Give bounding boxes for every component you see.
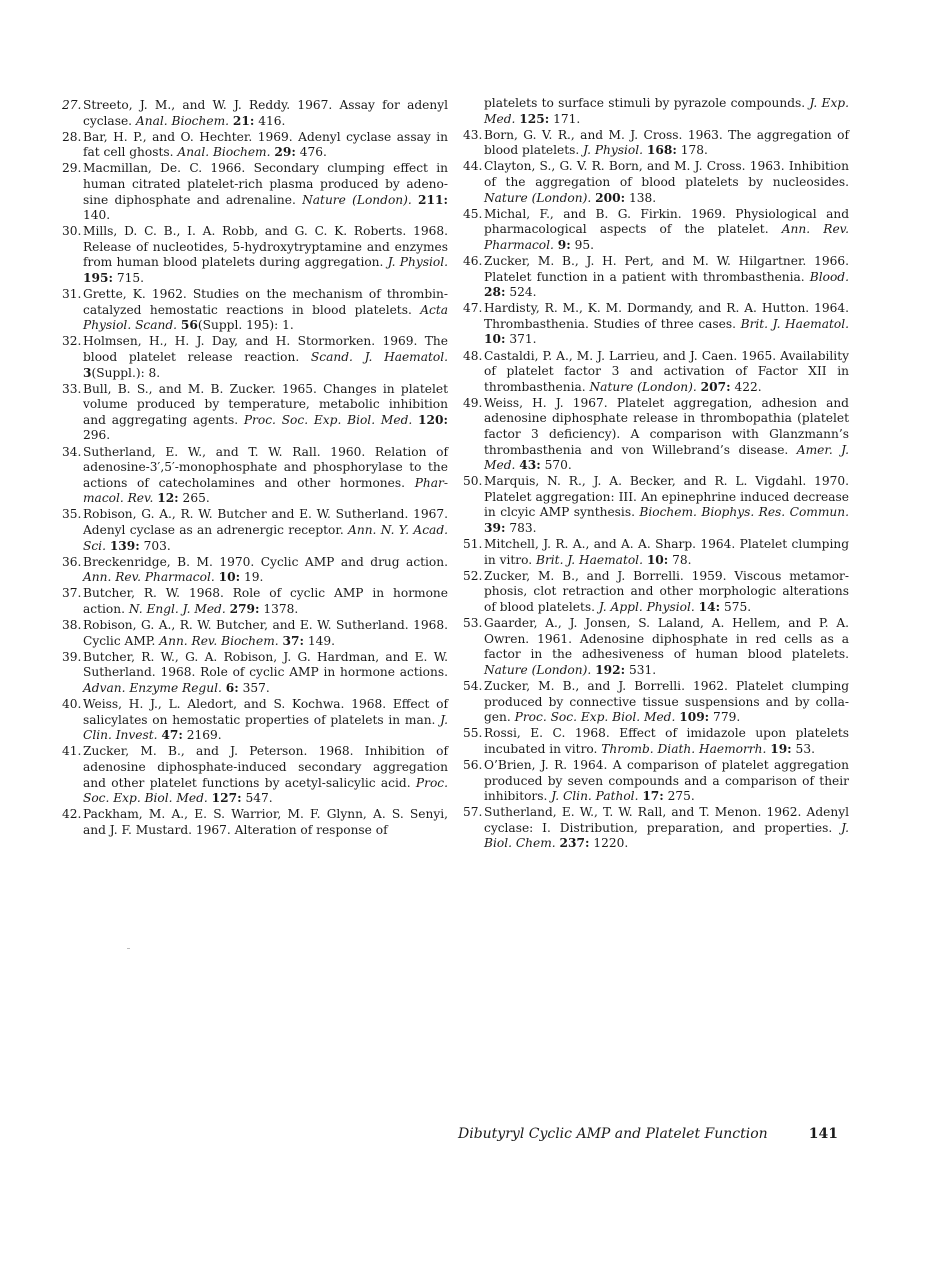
volume: 28: [484, 285, 505, 299]
volume: 125: [519, 112, 549, 126]
reference-item: 56.O’Brien, J. R. 1964. A comparison of … [463, 758, 849, 805]
reference-number: 29. [62, 161, 81, 177]
volume: 237: [560, 836, 590, 850]
journal-name: Phar­macol. Rev. [83, 476, 448, 506]
volume: 17: [642, 789, 663, 803]
reference-number: 31. [62, 287, 81, 303]
reference-item: 38.Robison, G. A., R. W. Butcher, and E.… [62, 618, 448, 649]
journal-name: J. Physiol. [388, 255, 448, 269]
volume: 195: [83, 271, 113, 285]
references-right-column: platelets to surface stimuli by pyrazole… [463, 96, 849, 853]
journal-name: J. Appl. Physiol. [599, 600, 695, 614]
journal-name: Advan. Enzyme Regul. [83, 681, 222, 695]
journal-name: Nature (London). [302, 193, 412, 207]
reference-item: 55.Rossi, E. C. 1968. Effect of imidazol… [463, 726, 849, 757]
reference-number: 38. [62, 618, 81, 634]
journal-name: Nature (London). [484, 191, 591, 205]
journal-name: Brit. J. Haematol. [741, 317, 849, 331]
reference-item: 28.Bar, H. P., and O. Hechter. 1969. Ade… [62, 130, 448, 161]
reference-item: 45.Michal, F., and B. G. Firkin. 1969. P… [463, 207, 849, 254]
reference-item: 48.Castaldi, P. A., M. J. Larrieu, and J… [463, 349, 849, 396]
volume: 192: [595, 663, 625, 677]
reference-number: 27. [62, 98, 81, 114]
reference-item: 53.Gaarder, A., J. Jonsen, S. Laland, A.… [463, 616, 849, 678]
reference-number: 46. [463, 254, 482, 270]
running-title: Dibutyryl Cyclic AMP and Platelet Functi… [458, 1126, 768, 1142]
reference-number: 33. [62, 382, 81, 398]
reference-item: 36.Breckenridge, B. M. 1970. Cyclic AMP … [62, 555, 448, 586]
volume: 120: [418, 413, 448, 427]
reference-number: 34. [62, 445, 81, 461]
reference-item: 47.Hardisty, R. M., K. M. Dormandy, and … [463, 301, 849, 348]
reference-number: 35. [62, 507, 81, 523]
journal-name: Anal. Biochem. [136, 114, 229, 128]
reference-number: 30. [62, 224, 81, 240]
reference-item: 29.Macmillan, De. C. 1966. Secondary clu… [62, 161, 448, 223]
reference-item: 52.Zucker, M. B., and J. Borrelli. 1959.… [463, 569, 849, 616]
volume: 200: [595, 191, 625, 205]
volume: 211: [418, 193, 448, 207]
reference-number: 56. [463, 758, 482, 774]
reference-number: 40. [62, 697, 81, 713]
reference-number: 45. [463, 207, 482, 223]
volume: 9: [558, 238, 571, 252]
document-page: 27.Streeto, J. M., and W. J. Reddy. 1967… [0, 0, 936, 1261]
volume: 12: [157, 491, 178, 505]
reference-number: 49. [463, 396, 482, 412]
reference-item: 49.Weiss, H. J. 1967. Platelet aggregati… [463, 396, 849, 474]
reference-item: 57.Sutherland, E. W., T. W. Rall, and T.… [463, 805, 849, 852]
journal-name: Proc. Soc. Exp. Biol. Med. [83, 776, 448, 806]
reference-number: 43. [463, 128, 482, 144]
journal-name: Proc. Soc. Exp. Biol. Med. [515, 710, 676, 724]
journal-name: Anal. Biochem. [177, 145, 270, 159]
reference-number: 54. [463, 679, 482, 695]
volume: 3 [83, 366, 91, 380]
reference-item: 42.Packham, M. A., E. S. Warrior, M. F. … [62, 807, 448, 838]
reference-item: 50.Marquis, N. R., J. A. Becker, and R. … [463, 474, 849, 536]
volume: 19: [770, 742, 791, 756]
reference-item: 43.Born, G. V. R., and M. J. Cross. 1963… [463, 128, 849, 159]
reference-item: 37.Butcher, R. W. 1968. Role of cyclic A… [62, 586, 448, 617]
reference-number: 50. [463, 474, 482, 490]
volume: 6: [226, 681, 239, 695]
reference-item: 44.Clayton, S., G. V. R. Born, and M. J.… [463, 159, 849, 206]
volume: 37: [283, 634, 304, 648]
journal-name: Scand. J. Haematol. [311, 350, 448, 364]
journal-name: Ann. Rev. Biochem. [159, 634, 278, 648]
volume: 127: [212, 791, 242, 805]
reference-number: 42. [62, 807, 81, 823]
reference-number: 32. [62, 334, 81, 350]
reference-number: 51. [463, 537, 482, 553]
journal-name: J. Clin. Invest. [83, 713, 448, 743]
journal-name: Ann. Rev. Pharmacol. [484, 222, 849, 252]
reference-item: 41.Zucker, M. B., and J. Peterson. 1968.… [62, 744, 448, 806]
reference-number: 53. [463, 616, 482, 632]
reference-item: 39.Butcher, R. W., G. A. Robison, J. G. … [62, 650, 448, 697]
reference-number: 39. [62, 650, 81, 666]
reference-number: 28. [62, 130, 81, 146]
scan-artifact [127, 948, 130, 949]
journal-name: Acta Physiol. Scand. [83, 303, 448, 333]
page-footer: Dibutyryl Cyclic AMP and Platelet Functi… [458, 1126, 838, 1142]
volume: 109: [679, 710, 709, 724]
reference-item: 32.Holmsen, H., H. J. Day, and H. Stormo… [62, 334, 448, 381]
volume: 21: [233, 114, 254, 128]
journal-name: Proc. Soc. Exp. Biol. Med. [244, 413, 412, 427]
volume: 10: [219, 570, 240, 584]
volume: 14: [699, 600, 720, 614]
journal-name: J. Clin. Pathol. [551, 789, 638, 803]
reference-number: 48. [463, 349, 482, 365]
page-number: 141 [809, 1126, 838, 1142]
volume: 279: [230, 602, 260, 616]
journal-name: N. Engl. J. Med. [129, 602, 226, 616]
reference-item: 40.Weiss, H. J., L. Aledort, and S. Koch… [62, 697, 448, 744]
volume: 29: [274, 145, 295, 159]
journal-name: Nature (London). [590, 380, 697, 394]
volume: 10: [484, 332, 505, 346]
journal-name: J. Biol. Chem. [484, 821, 849, 851]
journal-name: Brit. J. Haematol. [536, 553, 643, 567]
reference-item: 35.Robison, G. A., R. W. Butcher and E. … [62, 507, 448, 554]
reference-number: 37. [62, 586, 81, 602]
volume: 39: [484, 521, 505, 535]
reference-item: 51.Mitchell, J. R. A., and A. A. Sharp. … [463, 537, 849, 568]
references-left-column: 27.Streeto, J. M., and W. J. Reddy. 1967… [62, 98, 448, 839]
reference-item: 33.Bull, B. S., and M. B. Zucker. 1965. … [62, 382, 448, 444]
volume: 139: [110, 539, 140, 553]
journal-name: Ann. Rev. Pharmacol. [83, 570, 215, 584]
reference-item: 31.Grette, K. 1962. Studies on the mecha… [62, 287, 448, 334]
reference-number: 52. [463, 569, 482, 585]
reference-item: 46.Zucker, M. B., J. H. Pert, and M. W. … [463, 254, 849, 301]
volume: 207: [701, 380, 731, 394]
reference-number: 41. [62, 744, 81, 760]
journal-name: Blood. [810, 270, 849, 284]
reference-item: 30.Mills, D. C. B., I. A. Robb, and G. C… [62, 224, 448, 286]
reference-number: 57. [463, 805, 482, 821]
volume: 43: [519, 458, 540, 472]
journal-name: Nature (London). [484, 663, 591, 677]
volume: 47: [161, 728, 182, 742]
reference-item: 27.Streeto, J. M., and W. J. Reddy. 1967… [62, 98, 448, 129]
volume: 168: [647, 143, 677, 157]
journal-name: Biochem. Biophys. Res. Commun. [639, 505, 849, 519]
reference-42-continuation: platelets to surface stimuli by pyrazole… [463, 96, 849, 127]
volume: 10: [647, 553, 668, 567]
reference-number: 47. [463, 301, 482, 317]
reference-item: 34.Sutherland, E. W., and T. W. Rall. 19… [62, 445, 448, 507]
reference-number: 55. [463, 726, 482, 742]
volume: 56 [181, 318, 198, 332]
journal-name: J. Physiol. [583, 143, 643, 157]
reference-item: 54.Zucker, M. B., and J. Borrelli. 1962.… [463, 679, 849, 726]
reference-number: 44. [463, 159, 482, 175]
reference-number: 36. [62, 555, 81, 571]
journal-name: Thromb. Diath. Haemorrh. [601, 742, 766, 756]
